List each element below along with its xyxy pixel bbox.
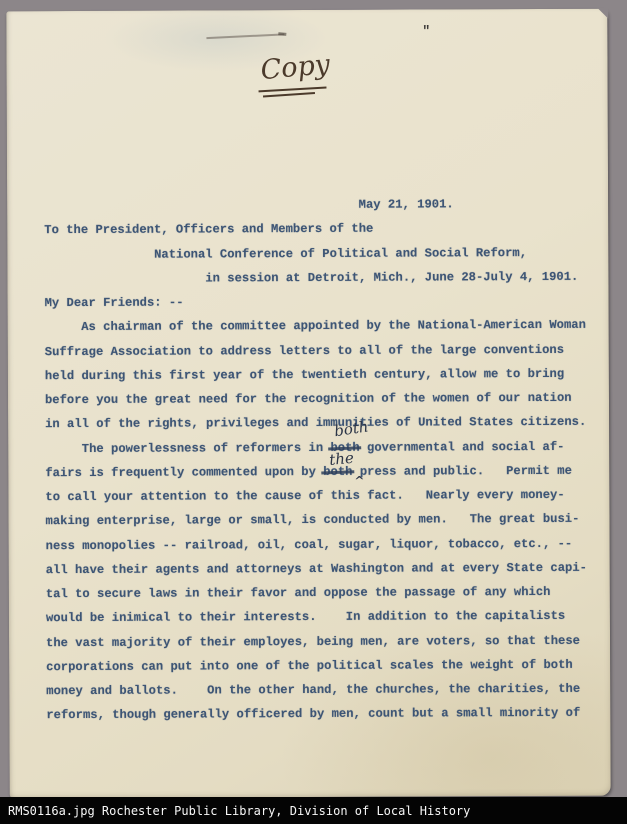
- letter-line: in session at Detroit, Mich., June 28-Ju…: [44, 265, 585, 292]
- caption-text: RMS0116a.jpg Rochester Public Library, D…: [0, 804, 470, 818]
- letter-line: May 21, 1901.: [44, 192, 585, 219]
- letter-line: To the President, Officers and Members o…: [44, 216, 585, 243]
- letter-text: Suffrage Association to address letters …: [45, 342, 564, 358]
- letter-line: The powerlessness of reformers in both g…: [45, 434, 586, 461]
- letter-text: ness monopolies -- railroad, oil, coal, …: [46, 536, 573, 552]
- scanned-photo-background: " Copy May 21, 1901.To the President, Of…: [0, 0, 627, 824]
- letter-line: tal to secure laws in their favor and op…: [46, 580, 587, 607]
- letter-text: would be inimical to their interests. In…: [46, 609, 565, 625]
- letter-line: all have their agents and attorneys at W…: [46, 556, 587, 583]
- letter-line: to call your attention to the cause of t…: [45, 483, 586, 510]
- letter-text: The powerlessness of reformers in: [45, 440, 330, 455]
- letter-text: press and public. Permit me: [352, 464, 571, 479]
- letter-text: May 21, 1901.: [44, 197, 454, 213]
- letter-line: fairs is frequently commented upon by bo…: [45, 459, 586, 486]
- handwritten-insertion-the: the: [328, 449, 354, 469]
- letter-line: My Dear Friends: --: [45, 289, 586, 316]
- copy-label-text: Copy: [259, 49, 331, 86]
- letter-line: Suffrage Association to address letters …: [45, 337, 586, 364]
- typed-quote-mark: ": [422, 23, 430, 38]
- letter-line: the vast majority of their employes, bei…: [46, 628, 587, 655]
- letter-line: in all of the rights, privileges and imm…: [45, 410, 586, 437]
- letter-text: in all of the rights, privileges and imm…: [45, 415, 586, 431]
- letter-text: to call your attention to the cause of t…: [45, 488, 564, 504]
- letter-text: held during this first year of the twent…: [45, 367, 564, 383]
- letter-text: reforms, though generally officered by m…: [46, 706, 580, 722]
- letter-line: reforms, though generally officered by m…: [46, 701, 587, 728]
- letter-text: tal to secure laws in their favor and op…: [46, 585, 551, 601]
- caption-bar: RMS0116a.jpg Rochester Public Library, D…: [0, 797, 627, 824]
- letter-text: money and ballots. On the other hand, th…: [46, 682, 580, 698]
- letter-text: As chairman of the committee appointed b…: [45, 318, 586, 334]
- handwritten-copy-label: Copy: [259, 49, 331, 86]
- letter-line: corporations can put into one of the pol…: [46, 653, 587, 680]
- insertion-caret: ^: [354, 474, 364, 488]
- letter-page: " Copy May 21, 1901.To the President, Of…: [6, 9, 610, 799]
- copy-underline: [263, 92, 315, 97]
- letter-text: in session at Detroit, Mich., June 28-Ju…: [44, 270, 578, 286]
- letter-text: the vast majority of their employes, bei…: [46, 633, 580, 649]
- letter-line: would be inimical to their interests. In…: [46, 604, 587, 631]
- letter-line: making enterprise, large or small, is co…: [45, 507, 586, 534]
- letter-line: before you the great need for the recogn…: [45, 386, 586, 413]
- letter-line: As chairman of the committee appointed b…: [45, 313, 586, 340]
- pencil-mark: [206, 33, 284, 38]
- letter-text: before you the great need for the recogn…: [45, 391, 572, 407]
- letter-text: National Conference of Political and Soc…: [44, 246, 527, 262]
- letter-line: National Conference of Political and Soc…: [44, 240, 585, 267]
- letter-text: To the President, Officers and Members o…: [44, 222, 373, 237]
- letter-text: governmental and social af-: [360, 439, 565, 454]
- copy-underline: [259, 86, 327, 91]
- letter-line: held during this first year of the twent…: [45, 362, 586, 389]
- letter-text: making enterprise, large or small, is co…: [45, 512, 579, 528]
- letter-text: all have their agents and attorneys at W…: [46, 561, 587, 577]
- letter-body: May 21, 1901.To the President, Officers …: [44, 192, 588, 728]
- letter-text: corporations can put into one of the pol…: [46, 658, 573, 674]
- letter-text: My Dear Friends: --: [45, 296, 184, 311]
- letter-text: fairs is frequently commented upon by: [45, 465, 323, 480]
- letter-line: ness monopolies -- railroad, oil, coal, …: [46, 531, 587, 558]
- letter-line: money and ballots. On the other hand, th…: [46, 677, 587, 704]
